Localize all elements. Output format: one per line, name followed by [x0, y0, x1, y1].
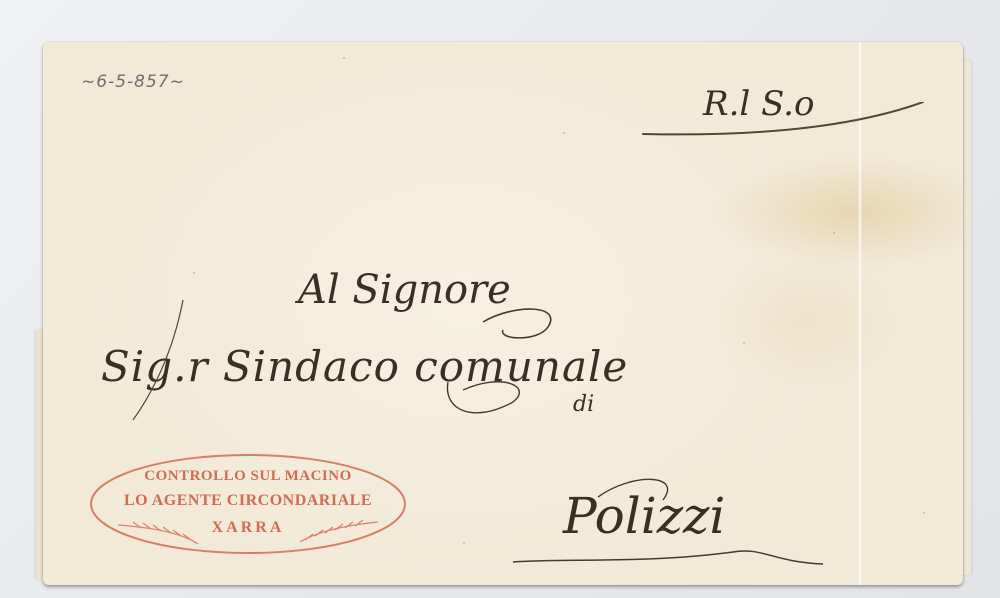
paper-speck	[563, 132, 565, 134]
stamp-line-1: CONTROLLO SUL MACINO	[88, 468, 408, 485]
paper-speck	[923, 512, 925, 514]
address-line-2: Sig.r Sindaco comunale	[101, 342, 628, 391]
stamp-line-2: LO AGENTE CIRCONDARIALE	[88, 492, 408, 510]
top-right-annotation: R.l S.o	[703, 84, 814, 124]
letter-cover: ~6-5-857~ R.l S.o Al Signore Sig.r Sinda…	[43, 42, 963, 585]
paper-speck	[343, 57, 345, 59]
paper-speck	[833, 232, 835, 234]
paper-speck	[193, 272, 195, 274]
stamp-line-3: XARRA	[88, 519, 408, 537]
address-line-1: Al Signore	[298, 267, 511, 313]
pencil-date: ~6-5-857~	[81, 72, 185, 92]
address-line-3: di	[573, 392, 594, 417]
postal-handstamp: CONTROLLO SUL MACINO LO AGENTE CIRCONDAR…	[88, 452, 408, 557]
destination-town: Polizzi	[563, 487, 725, 545]
paper-speck	[743, 342, 745, 344]
paper-speck	[463, 542, 465, 544]
